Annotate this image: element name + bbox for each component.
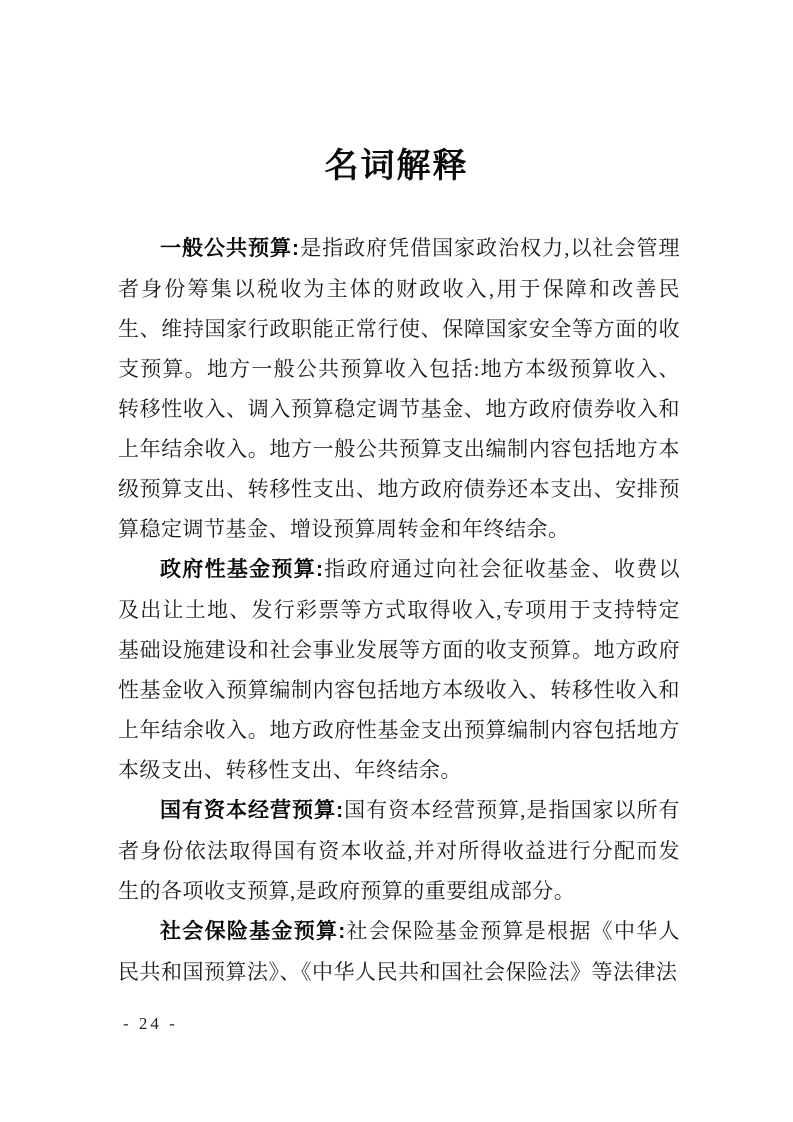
page-number: - 24 -: [123, 1014, 178, 1034]
term-label: 社会保险基金预算:: [160, 920, 346, 943]
paragraph: 政府性基金预算:指政府通过向社会征收基金、收费以及出让土地、发行彩票等方式取得收…: [118, 549, 680, 790]
paragraph-text: 指政府通过向社会征收基金、收费以及出让土地、发行彩票等方式取得收入,专项用于支持…: [118, 557, 680, 782]
paragraph-text: 是指政府凭借国家政治权力,以社会管理者身份筹集以税收为主体的财政收入,用于保障和…: [118, 236, 680, 541]
page-title: 名词解释: [0, 0, 793, 187]
paragraph: 社会保险基金预算:社会保险基金预算是根据《中华人民共和国预算法》、《中华人民共和…: [118, 911, 680, 992]
paragraph: 一般公共预算:是指政府凭借国家政治权力,以社会管理者身份筹集以税收为主体的财政收…: [118, 228, 680, 549]
document-body: 一般公共预算:是指政府凭借国家政治权力,以社会管理者身份筹集以税收为主体的财政收…: [118, 228, 680, 992]
document-page: 名词解释 一般公共预算:是指政府凭借国家政治权力,以社会管理者身份筹集以税收为主…: [0, 0, 793, 1122]
term-label: 政府性基金预算:: [160, 558, 323, 581]
term-label: 一般公共预算:: [160, 237, 300, 260]
paragraph: 国有资本经营预算:国有资本经营预算,是指国家以所有者身份依法取得国有资本收益,并…: [118, 790, 680, 911]
term-label: 国有资本经营预算:: [160, 799, 344, 822]
